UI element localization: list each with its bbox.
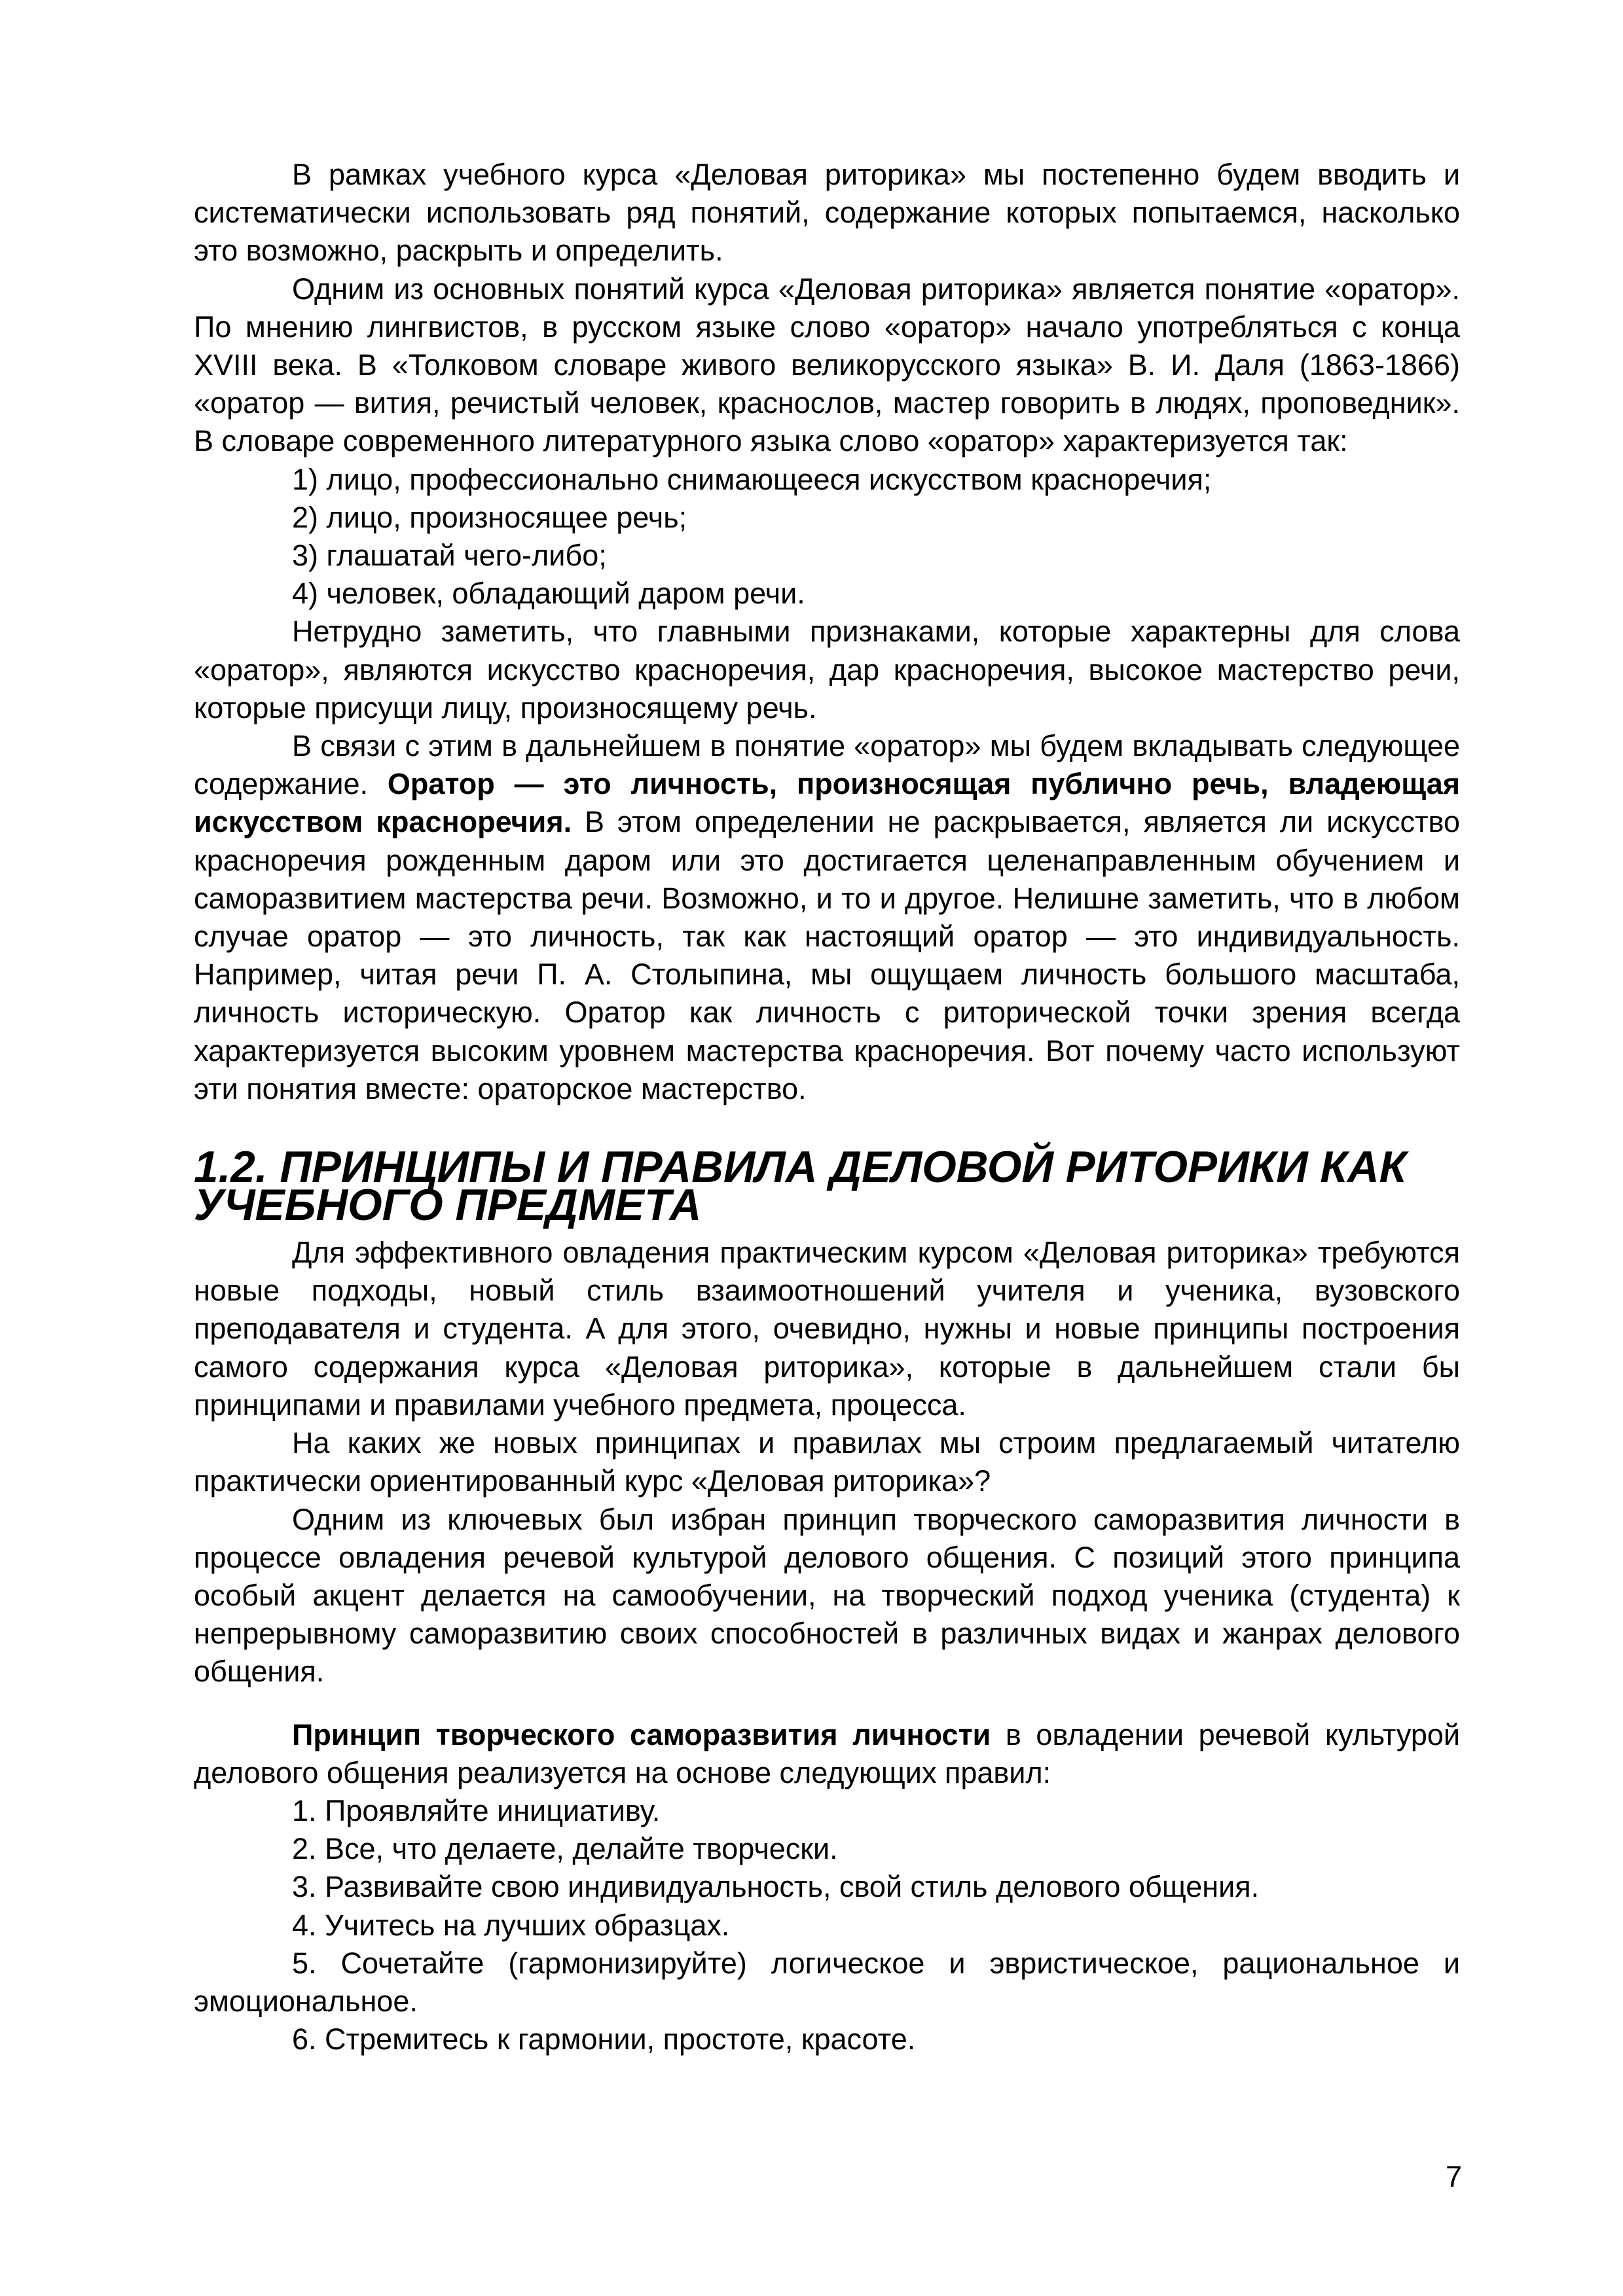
section-heading: 1.2. ПРИНЦИПЫ И ПРАВИЛА ДЕЛОВОЙ РИТОРИКИ… xyxy=(194,1149,1460,1225)
text-run: В этом определении не раскрывается, явля… xyxy=(194,805,1460,1105)
rule-item: 6. Стремитесь к гармонии, простоте, крас… xyxy=(194,2020,1460,2058)
rules-list: 1. Проявляйте инициативу. 2. Все, что де… xyxy=(194,1792,1460,2058)
definition-item: 3) глашатай чего-либо; xyxy=(194,537,1460,575)
paragraph-orator-definition: В связи с этим в дальнейшем в понятие «о… xyxy=(194,727,1460,1108)
paragraph-question: На каких же новых принципах и правилах м… xyxy=(194,1424,1460,1500)
paragraph-features: Нетрудно заметить, что главными признака… xyxy=(194,613,1460,727)
paragraph-orator-concept: Одним из основных понятий курса «Деловая… xyxy=(194,270,1460,461)
paragraph-key-principle: Одним из ключевых был избран принцип тво… xyxy=(194,1501,1460,1691)
definition-item: 1) лицо, профессионально снимающееся иск… xyxy=(194,461,1460,499)
principle-bold: Принцип творческого саморазвития личност… xyxy=(292,1718,991,1751)
paragraph-intro: В рамках учебного курса «Деловая риторик… xyxy=(194,156,1460,270)
paragraph-principle-rules-intro: Принцип творческого саморазвития личност… xyxy=(194,1716,1460,1792)
definition-item: 4) человек, обладающий даром речи. xyxy=(194,575,1460,613)
rule-item: 1. Проявляйте инициативу. xyxy=(194,1792,1460,1830)
spacer xyxy=(194,1691,1460,1716)
rule-item: 5. Сочетайте (гармонизируйте) логическое… xyxy=(194,1945,1460,2020)
definition-item: 2) лицо, произносящее речь; xyxy=(194,499,1460,537)
rule-item: 3. Развивайте свою индивидуальность, сво… xyxy=(194,1868,1460,1906)
document-page: В рамках учебного курса «Деловая риторик… xyxy=(194,156,1460,2058)
page-number: 7 xyxy=(1446,2160,1462,2194)
rule-item: 2. Все, что делаете, делайте творчески. xyxy=(194,1830,1460,1868)
rule-item: 4. Учитесь на лучших образцах. xyxy=(194,1907,1460,1945)
paragraph-new-approaches: Для эффективного овладения практическим … xyxy=(194,1234,1460,1424)
definitions-list: 1) лицо, профессионально снимающееся иск… xyxy=(194,461,1460,613)
